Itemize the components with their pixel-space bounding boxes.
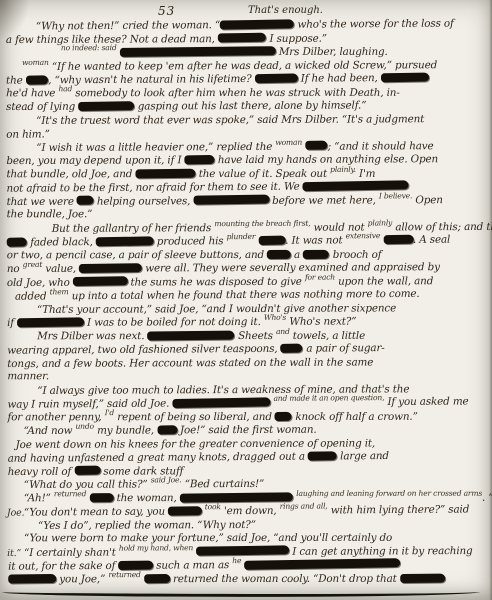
interlinear-insertion: hold my hand, when	[119, 541, 193, 555]
struck-out-text: Mrs Dilber laughed and supposed not	[120, 46, 276, 57]
manuscript-line: he'd have had somebody to look after him…	[6, 86, 487, 100]
manuscript-text: added	[15, 290, 50, 302]
struck-out-text: he certainly had been before he died	[244, 558, 400, 570]
struck-out-text: hag	[305, 141, 328, 150]
interlinear-insertion: said Joe.	[151, 473, 182, 487]
interlinear-insertion: returned	[108, 568, 140, 582]
manuscript-line: I promise you Joe,” returned then return…	[8, 572, 489, 586]
manuscript-lines: “Why not then!” cried the woman. “what o…	[6, 18, 489, 587]
struck-out-text: before we did it	[193, 195, 269, 205]
struck-out-text: old	[157, 425, 177, 434]
interlinear-insertion: I believe.	[379, 189, 412, 203]
struck-out-text: chalked up	[73, 276, 128, 286]
struck-out-text: said	[89, 492, 113, 501]
manuscript-line: “You were born to make your fortune,” sa…	[8, 532, 489, 546]
manuscript-text: allow of this; and the man in	[392, 220, 492, 233]
manuscript-text: “Why not then!” cried the woman. “	[36, 19, 220, 32]
struck-out-text: and that was	[79, 263, 142, 273]
manuscript-text: “And now	[24, 425, 76, 437]
manuscript-line: tongs, and a few boots. Her account was …	[7, 355, 488, 371]
interlinear-insertion: plainly.	[330, 162, 356, 176]
manuscript-text: way I ruin myself,” said old Joe.	[7, 398, 172, 411]
margin-note: Joe.	[7, 507, 25, 521]
interlinear-insertion: them	[50, 285, 69, 299]
manuscript-text: Who's next?”	[286, 316, 356, 328]
struck-out-text: he'd have	[381, 72, 430, 82]
manuscript-text: large and	[337, 450, 389, 462]
struck-out-text: oil about	[400, 573, 445, 583]
manuscript-text: I suppose.”	[266, 32, 327, 44]
manuscript-text: If he had been,	[298, 72, 381, 85]
manuscript-text: “If he wanted to keep 'em after he was d…	[49, 59, 437, 73]
struck-out-text: pulled	[168, 506, 202, 516]
interlinear-insertion: and made it an open question,	[273, 391, 384, 405]
manuscript-line: the faded black, accordingly produced hi…	[7, 233, 488, 250]
manuscript-text: Joe!” said the first woman.	[177, 424, 317, 437]
page-header: 53 That's enough.	[0, 2, 492, 18]
manuscript-text: value,	[42, 263, 79, 275]
manuscript-text: stead of lying	[6, 101, 78, 113]
manuscript-line: that we were all helping ourselves, befo…	[7, 193, 488, 209]
manuscript-text: “That's your account,” said Joe, “and I …	[37, 302, 396, 316]
manuscript-text: it out, for the sake of	[8, 560, 118, 573]
interlinear-insertion: undo	[75, 420, 93, 434]
manuscript-text: ; “and it should have	[328, 140, 434, 152]
interlinear-insertion: extensive	[346, 229, 381, 243]
manuscript-text: Mrs Dilber, laughing.	[276, 46, 388, 58]
page-bottom-edge	[2, 587, 480, 598]
manuscript-text: that we were	[7, 195, 77, 207]
manuscript-text: “It's the truest word that ever was spok…	[36, 113, 424, 127]
manuscript-text: have laid my hands on anything else. Ope…	[215, 153, 438, 166]
manuscript-line: if you was to be I was to be boiled for …	[7, 315, 488, 331]
struck-out-text: Counterpanes and	[147, 330, 235, 340]
manuscript-text: who's the worse for the loss of	[294, 18, 453, 31]
manuscript-line: the hag, “why wasn't he natural in his l…	[6, 71, 487, 88]
manuscript-text: and having unfastened a great many knots…	[8, 451, 308, 465]
struck-out-text: and	[281, 343, 304, 352]
interlinear-insertion: and	[276, 324, 290, 338]
manuscript-text: the bundle, Joe.”	[7, 208, 93, 220]
manuscript-text: the	[6, 75, 26, 87]
struck-out-text: I suppose	[218, 33, 267, 43]
manuscript-text: been, you may depend upon it, if I	[6, 154, 184, 167]
manuscript-line: “Yes I do”, replied the woman. “Why not?…	[8, 517, 489, 533]
manuscript-text: I can get anything in it by reaching	[289, 545, 473, 558]
struck-out-text: all	[77, 196, 94, 205]
manuscript-text: Sheets	[235, 329, 276, 341]
manuscript-text: Open	[412, 194, 443, 206]
interlinear-insertion: no indeed: said	[61, 41, 117, 55]
manuscript-text: If you asked me	[384, 395, 468, 408]
manuscript-text: helping ourselves,	[94, 195, 194, 207]
manuscript-text: or two, a pencil case, a pair of sleeve …	[7, 248, 267, 260]
page-number: 53	[158, 4, 175, 18]
struck-out-text: large	[308, 451, 337, 461]
manuscript-text: 'em down,	[221, 505, 280, 517]
struck-out-text: let me know	[135, 168, 195, 178]
manuscript-text: . A seal	[413, 234, 450, 246]
struck-out-text: accordingly	[96, 236, 154, 246]
manuscript-text: such a man as	[153, 559, 232, 572]
struck-out-text: you was to be	[17, 317, 84, 327]
struck-out-text: could	[184, 154, 214, 163]
interlinear-insertion: for each	[305, 270, 335, 284]
struck-out-text: keep it back when I	[196, 545, 289, 555]
interlinear-insertion: had	[58, 82, 72, 96]
margin-note: it.”	[7, 546, 21, 560]
manuscript-text: the sums he was disposed to give	[127, 275, 305, 288]
interlinear-insertion: plainly	[368, 216, 393, 230]
manuscript-text: “What do you call this?”	[24, 478, 151, 491]
struck-out-text: hag	[26, 75, 49, 84]
manuscript-text: produced his	[154, 235, 227, 248]
manuscript-text: “You don't mean to say, you	[24, 506, 168, 519]
manuscript-text: no	[7, 263, 23, 275]
interlinear-insertion: plunder	[227, 230, 256, 244]
struck-out-text: spoil	[258, 235, 285, 244]
manuscript-text: “Ah!”	[24, 492, 54, 504]
interlinear-insertion: mounting the breach first,	[214, 216, 310, 230]
manuscript-line: no indeed: said Mrs Dilber laughed and s…	[6, 46, 487, 60]
struck-out-text: great	[383, 234, 413, 244]
manuscript-text: tongs, and a few boots. Her account was …	[7, 356, 373, 370]
manuscript-text: the value of it. Speak out	[196, 167, 331, 179]
struck-out-text: I promise	[8, 573, 56, 583]
struck-out-text: with her elbows crossed	[180, 491, 293, 501]
manuscript-text: you Joe,”	[56, 573, 108, 585]
manuscript-text: were all. They were severally examined a…	[142, 261, 440, 274]
manuscript-text: somebody to look after him when he was s…	[72, 86, 400, 98]
manuscript-text: I'm	[356, 167, 376, 179]
manuscript-text: upon the wall, and	[335, 275, 433, 287]
manuscript-text: he'd have	[6, 87, 58, 99]
manuscript-text: repent of being so liberal, and	[114, 410, 275, 422]
manuscript-text: before we met here,	[269, 194, 379, 206]
manuscript-line: way I ruin myself,” said old Joe. “That'…	[7, 395, 488, 412]
struck-out-text: stuff	[74, 466, 100, 475]
interlinear-insertion: rings and all,	[280, 499, 328, 513]
manuscript-text: the woman,	[113, 492, 179, 504]
manuscript-text: returned the woman cooly. “Don't drop th…	[170, 572, 400, 584]
manuscript-text: manner.	[7, 370, 49, 382]
manuscript-text: “I certainly shan't	[24, 546, 119, 558]
manuscript-text: “You were born to make your fortune,” sa…	[24, 532, 392, 544]
manuscript-text: up into a total when he found that there…	[68, 288, 419, 302]
struck-out-text: I'll	[275, 411, 292, 420]
manuscript-text: heavy roll of	[8, 465, 75, 477]
manuscript-text: towels, a little	[290, 329, 365, 341]
manuscript-text: that bundle, old Joe, and	[6, 168, 135, 180]
manuscript-text: Mrs Dilber was next.	[37, 330, 147, 342]
struck-out-text: then	[144, 573, 170, 582]
manuscript-text: with him lying there?” said	[328, 503, 470, 516]
struck-out-text: not a bit	[255, 73, 298, 83]
manuscript-text: I was to be boiled for not doing it.	[84, 316, 264, 329]
interlinear-insertion: he	[232, 554, 241, 568]
top-annotation: That's enough.	[248, 5, 323, 16]
manuscript-text: brooch of	[330, 248, 382, 260]
interlinear-insertion: returned	[54, 487, 86, 501]
interlinear-insertion: laughing and leaning forward on her cros…	[296, 486, 482, 500]
manuscript-line: or two, a pencil case, a pair of sleeve …	[7, 248, 488, 262]
manuscript-text: gasping out his last there, alone by him…	[135, 99, 367, 112]
struck-out-text: “That's your account	[172, 397, 270, 408]
struck-out-text: what odds then	[220, 19, 294, 29]
manuscript-text: a	[291, 248, 303, 260]
manuscript-text: wearing apparel, two old fashioned silve…	[7, 343, 281, 357]
manuscript-text: . “Bed curtains.”	[482, 491, 492, 503]
manuscript-line: manner.	[7, 370, 488, 384]
manuscript-text: on him.”	[6, 128, 50, 140]
manuscript-text: “Bed curtains!”	[182, 478, 265, 490]
manuscript-text: . It was not	[285, 234, 345, 246]
manuscript-text: Joe went down on his knees for the great…	[16, 437, 376, 451]
interlinear-insertion: woman	[275, 135, 302, 149]
interlinear-insertion: woman	[22, 55, 49, 69]
manuscript-page: 53 That's enough. “Why not then!” cried …	[0, 0, 492, 600]
manuscript-line: it out, for the sake of such a such a ma…	[8, 557, 489, 574]
interlinear-insertion: I'd	[105, 406, 114, 420]
manuscript-line: been, you may depend upon it, if I could…	[6, 153, 487, 169]
interlinear-insertion: great	[23, 258, 43, 272]
manuscript-text: my bundle,	[94, 424, 157, 436]
manuscript-text: faded black,	[27, 236, 96, 248]
manuscript-text: “I wish it was a little heavier one,” re…	[36, 140, 275, 153]
struck-out-text: also	[267, 249, 291, 258]
struck-out-text: little	[303, 249, 329, 258]
manuscript-text: knock off half a crown.”	[292, 410, 418, 422]
manuscript-text: if	[7, 317, 17, 329]
manuscript-text: “Yes I do”, replied the woman. “Why not?…	[38, 518, 256, 531]
struck-out-text: there alone	[78, 101, 135, 111]
interlinear-insertion: took	[205, 500, 221, 514]
manuscript-text: not afraid to be the first, nor afraid f…	[6, 181, 302, 195]
manuscript-text: a pair of sugar-	[303, 342, 385, 355]
manuscript-text: But the gallantry of her friends	[52, 222, 215, 235]
interlinear-insertion: Who's	[264, 311, 286, 325]
struck-out-text: the	[7, 237, 27, 246]
manuscript-text: , “why wasn't he natural in his lifetime…	[48, 73, 255, 86]
